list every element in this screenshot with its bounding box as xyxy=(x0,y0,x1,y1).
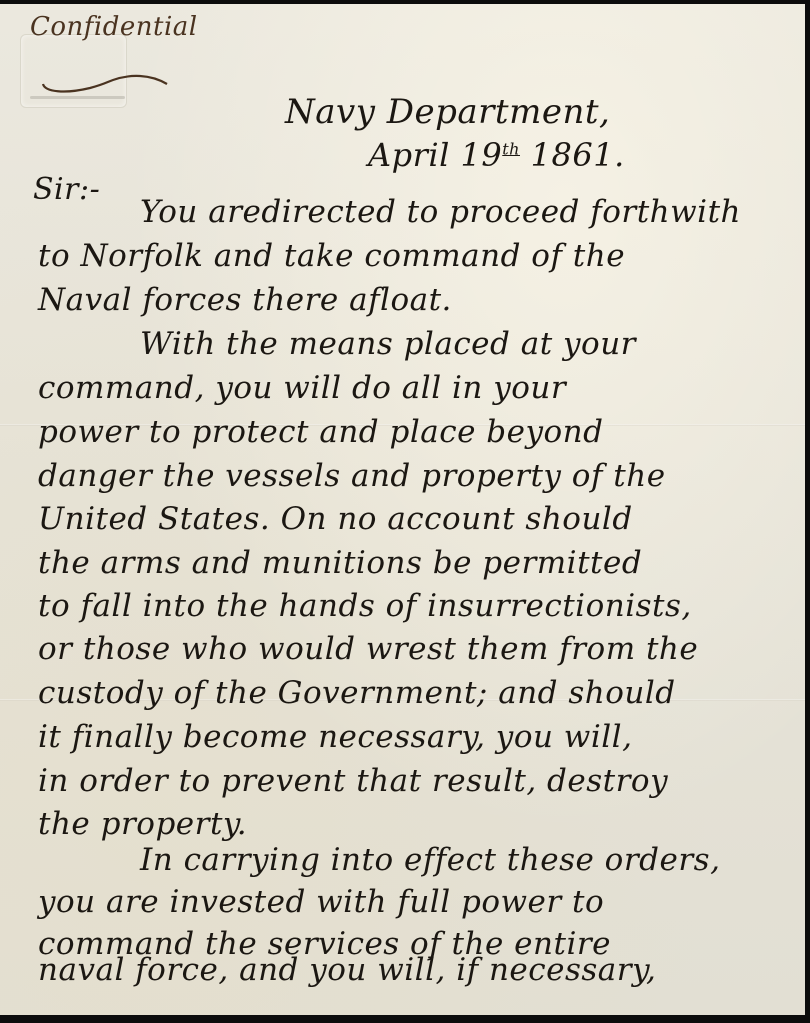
body-line: to fall into the hands of insurrectionis… xyxy=(38,588,692,624)
body-line: the property. xyxy=(38,806,247,842)
confidential-marking: Confidential xyxy=(30,12,198,42)
body-line: in order to prevent that result, destroy xyxy=(38,763,668,799)
letter-page: Confidential Navy Department, April 19th… xyxy=(0,4,805,1015)
body-line: command, you will do all in your xyxy=(38,370,566,406)
body-line: You aredirected to proceed forthwith xyxy=(140,194,741,230)
body-line: custody of the Government; and should xyxy=(38,675,676,711)
body-line: the arms and munitions be permitted xyxy=(38,545,642,581)
body-line: Naval forces there afloat. xyxy=(38,282,452,318)
date-year: 1861. xyxy=(531,136,625,174)
body-line: to Norfolk and take command of the xyxy=(38,238,625,274)
body-line: it finally become necessary, you will, xyxy=(38,719,632,755)
body-line: danger the vessels and property of the xyxy=(38,458,666,494)
salutation: Sir:- xyxy=(33,172,100,207)
body-line: In carrying into effect these orders, xyxy=(140,842,720,878)
date-ordinal: th xyxy=(502,139,520,158)
letter-date: April 19th 1861. xyxy=(368,136,625,174)
body-line: power to protect and place beyond xyxy=(38,414,603,450)
underline-flourish-icon xyxy=(35,64,170,94)
body-line: With the means placed at your xyxy=(140,326,636,362)
body-line: you are invested with full power to xyxy=(38,884,604,920)
date-day: April 19 xyxy=(368,136,502,174)
department-heading: Navy Department, xyxy=(285,92,610,132)
body-line: naval force, and you will, if necessary, xyxy=(38,952,656,988)
body-line: or those who would wrest them from the xyxy=(38,631,698,667)
embossed-stamp-bar xyxy=(30,96,125,99)
body-line: United States. On no account should xyxy=(38,501,633,537)
